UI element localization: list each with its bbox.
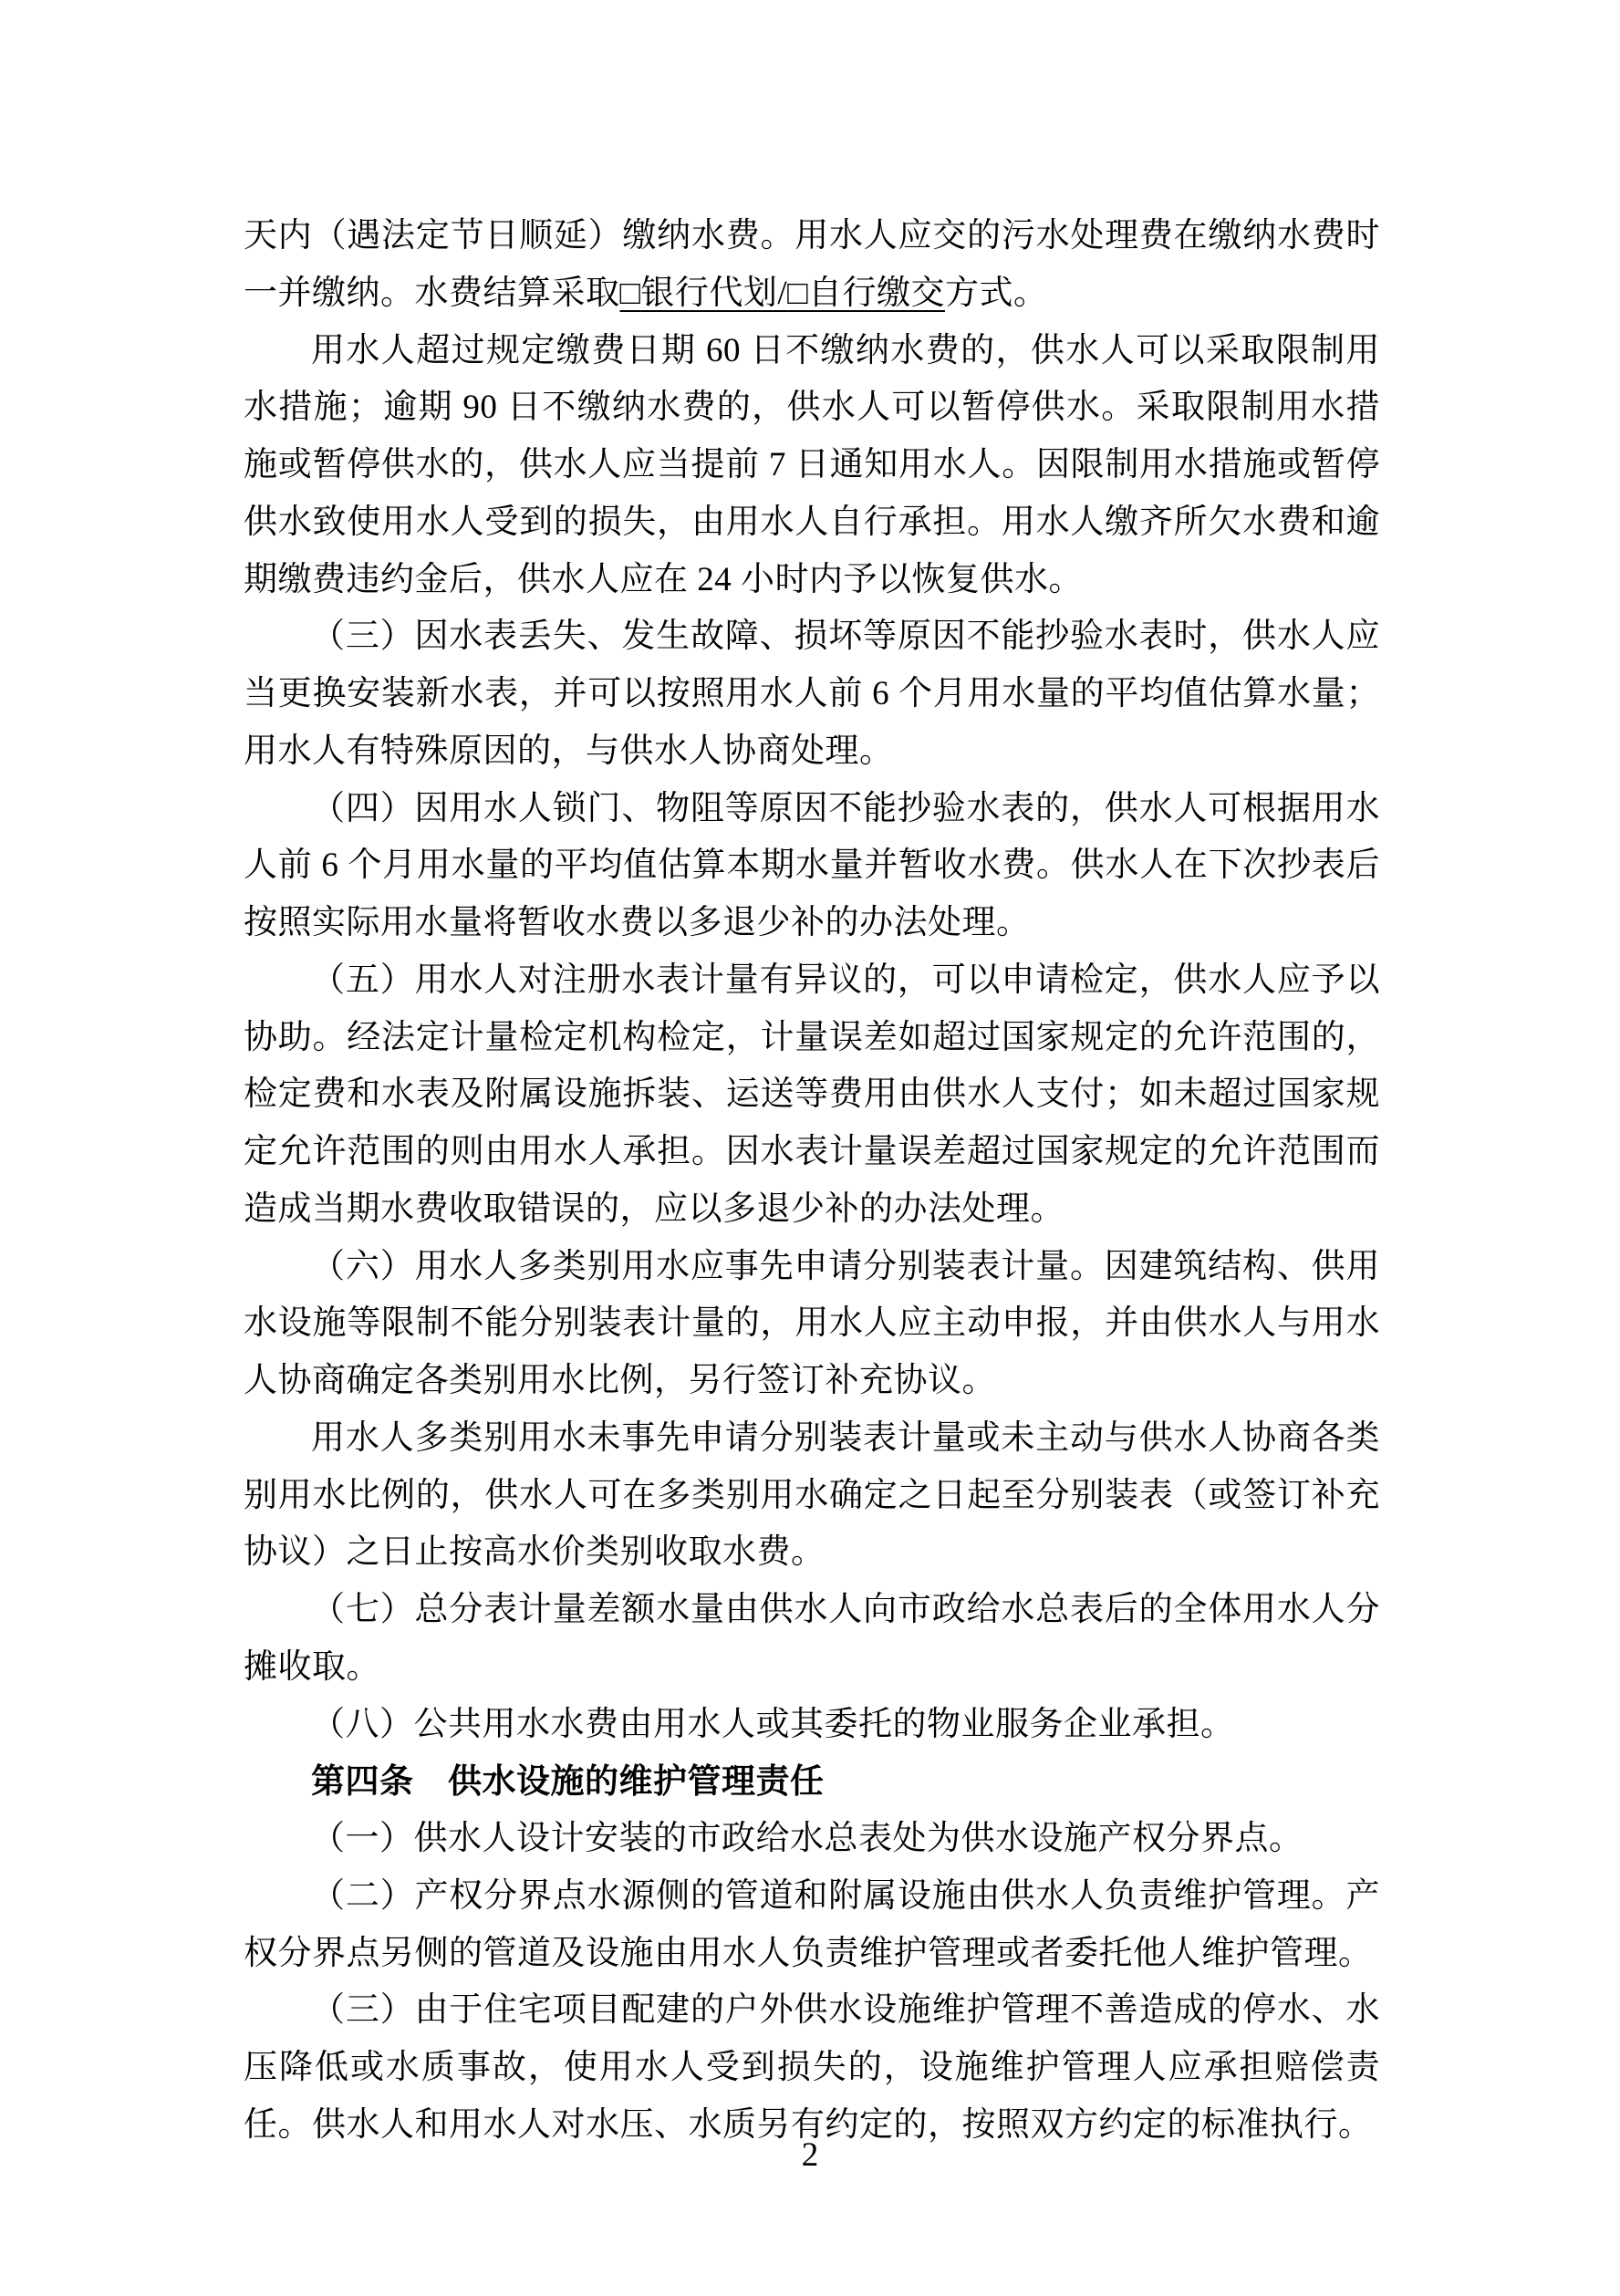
text-run: （七）总分表计量差额水量由供水人向市政给水总表后的全体用水人分摊收取。 — [244, 1591, 1380, 1686]
text-run: 银行代划/ — [640, 275, 787, 312]
text-run: 第四条 — [311, 1762, 414, 1800]
text-run: （一）供水人设计安装的市政给水总表处为供水设施产权分界点。 — [311, 1820, 1303, 1857]
checkbox-icon: □ — [620, 275, 641, 312]
checkbox-icon: □ — [787, 275, 808, 312]
text-run: 用水人多类别用水未事先申请分别装表计量或未主动与供水人协商各类别用水比例的，供水… — [244, 1419, 1380, 1572]
text-run: 用水人超过规定缴费日期 60 日不缴纳水费的，供水人可以采取限制用水措施；逾期 … — [244, 332, 1380, 598]
text-run: （三）由于住宅项目配建的户外供水设施维护管理不善造成的停水、水压降低或水质事故，… — [244, 1991, 1380, 2144]
paragraph: （八）公共用水水费由用水人或其委托的物业服务企业承担。 — [244, 1697, 1380, 1754]
text-run: 方式。 — [945, 275, 1048, 312]
paragraph: （一）供水人设计安装的市政给水总表处为供水设施产权分界点。 — [244, 1811, 1380, 1868]
paragraph: 天内（遇法定节日顺延）缴纳水费。用水人应交的污水处理费在缴纳水费时一并缴纳。水费… — [244, 208, 1380, 323]
paragraph: 用水人超过规定缴费日期 60 日不缴纳水费的，供水人可以采取限制用水措施；逾期 … — [244, 323, 1380, 609]
text-run: （六）用水人多类别用水应事先申请分别装表计量。因建筑结构、供用水设施等限制不能分… — [244, 1248, 1380, 1400]
page-number: 2 — [0, 2127, 1620, 2185]
text-run: 自行缴交 — [808, 275, 945, 312]
text-run: （三）因水表丢失、发生故障、损坏等原因不能抄验水表时，供水人应当更换安装新水表，… — [244, 618, 1380, 770]
document-page: 天内（遇法定节日顺延）缴纳水费。用水人应交的污水处理费在缴纳水费时一并缴纳。水费… — [0, 0, 1620, 2296]
text-run: （四）因用水人锁门、物阻等原因不能抄验水表的，供水人可根据用水人前 6 个月用水… — [244, 790, 1380, 942]
paragraph: （七）总分表计量差额水量由供水人向市政给水总表后的全体用水人分摊收取。 — [244, 1582, 1380, 1697]
text-run: 供水设施的维护管理责任 — [414, 1762, 825, 1800]
paragraph: （二）产权分界点水源侧的管道和附属设施由供水人负责维护管理。产权分界点另侧的管道… — [244, 1868, 1380, 1983]
section-heading: 第四条 供水设施的维护管理责任 — [244, 1753, 1380, 1811]
paragraph: （四）因用水人锁门、物阻等原因不能抄验水表的，供水人可根据用水人前 6 个月用水… — [244, 781, 1380, 952]
text-run: （二）产权分界点水源侧的管道和附属设施由供水人负责维护管理。产权分界点另侧的管道… — [244, 1877, 1380, 1972]
text-run: （五）用水人对注册水表计量有异议的，可以申请检定，供水人应予以协助。经法定计量检… — [244, 961, 1380, 1228]
text-run: （八）公共用水水费由用水人或其委托的物业服务企业承担。 — [311, 1706, 1235, 1743]
paragraph: 用水人多类别用水未事先申请分别装表计量或未主动与供水人协商各类别用水比例的，供水… — [244, 1410, 1380, 1582]
paragraph: （三）因水表丢失、发生故障、损坏等原因不能抄验水表时，供水人应当更换安装新水表，… — [244, 608, 1380, 780]
paragraph: （五）用水人对注册水表计量有异议的，可以申请检定，供水人应予以协助。经法定计量检… — [244, 952, 1380, 1239]
document-body: 天内（遇法定节日顺延）缴纳水费。用水人应交的污水处理费在缴纳水费时一并缴纳。水费… — [244, 208, 1380, 2155]
paragraph: （六）用水人多类别用水应事先申请分别装表计量。因建筑结构、供用水设施等限制不能分… — [244, 1239, 1380, 1410]
